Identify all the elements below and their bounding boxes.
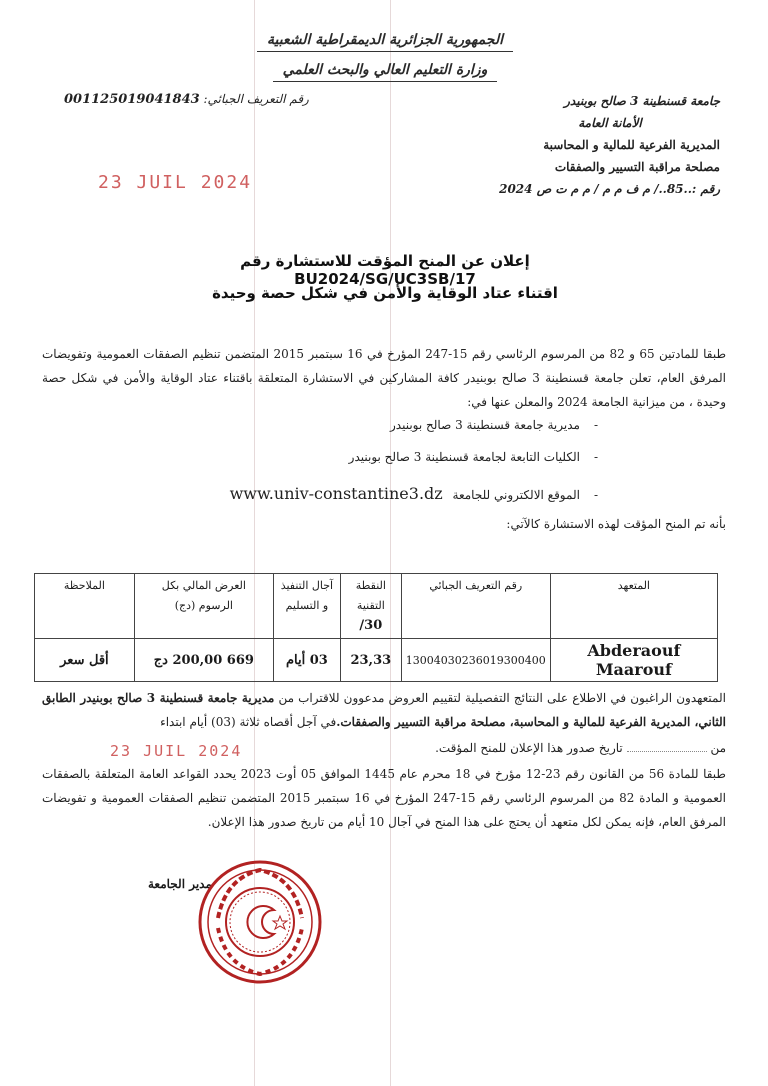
appeal-paragraph: طبقا للمادة 56 من القانون رقم 23-12 مؤرخ… <box>42 762 726 834</box>
announcement-subtitle: اقتناء عتاد الوقاية والأمن في شكل حصة وح… <box>150 284 620 302</box>
award-intro: بأنه تم المنح المؤقت لهذه الاستشارة كالآ… <box>42 512 726 536</box>
list-item: -الموقع الالكتروني للجامعة www.univ-cons… <box>230 484 598 503</box>
table-row: Abderaouf Maarouf 13004030236019300400 2… <box>35 639 718 682</box>
header-financial: العرض المالي بكلالرسوم (دج) <box>134 574 273 639</box>
cell-financial: 669 200,00 دج <box>134 639 273 682</box>
service-name: مصلحة مراقبة التسيير والصفقات <box>480 156 720 178</box>
list-item: -الكليات التابعة لجامعة قسنطينة 3 صالح ب… <box>349 450 598 464</box>
header-delivery: آجال التنفيذو التسليم <box>273 574 340 639</box>
sender-block: جامعة قسنطينة 3 صالح بوبنيدر الأمانة الع… <box>480 90 720 200</box>
official-seal-icon <box>196 858 324 986</box>
fold-line <box>390 0 391 1086</box>
announcement-title: إعلان عن المنح المؤقت للاستشارة رقم BU20… <box>150 252 620 288</box>
header-bidder: المتعهد <box>550 574 717 639</box>
award-table: المتعهد رقم التعريف الجبائي النقطة التقن… <box>34 573 718 682</box>
header-tax-id: رقم التعريف الجبائي <box>401 574 550 639</box>
header-remark: الملاحظة <box>35 574 135 639</box>
date-stamp: 23 JUIL 2024 <box>98 172 252 193</box>
list-item: -مديرية جامعة قسنطينة 3 صالح بوبنيدر <box>390 418 598 432</box>
cell-technical-score: 23,33 <box>340 639 401 682</box>
cell-remark: أقل سعر <box>35 639 135 682</box>
cell-tax-id: 13004030236019300400 <box>401 639 550 682</box>
inline-date-stamp: 23 JUIL 2024 <box>110 742 242 760</box>
tax-id-label: رقم التعريف الجبائي: <box>204 92 309 106</box>
consult-paragraph: المتعهدون الراغبون في الاطلاع على النتائ… <box>42 686 726 734</box>
sub-directorate: المديرية الفرعية للمالية و المحاسبة <box>480 134 720 156</box>
website-link[interactable]: www.univ-constantine3.dz <box>230 484 443 503</box>
secretariat: الأمانة العامة <box>480 112 720 134</box>
table-header-row: المتعهد رقم التعريف الجبائي النقطة التقن… <box>35 574 718 639</box>
republic-heading: الجمهورية الجزائرية الديمقراطية الشعبية <box>240 32 530 48</box>
ministry-heading: وزارة التعليم العالي والبحث العلمي <box>240 62 530 78</box>
tax-id: رقم التعريف الجبائي: 001125019041843 <box>64 92 364 107</box>
reference-number: رقم :..85../ م ف م م / م م ت ص 2024 <box>480 178 720 200</box>
cell-bidder: Abderaouf Maarouf <box>550 639 717 682</box>
cell-delivery: 03 أيام <box>273 639 340 682</box>
header-technical-score: النقطة التقنية30/ <box>340 574 401 639</box>
university-name: جامعة قسنطينة 3 صالح بوبنيدر <box>480 90 720 112</box>
tax-id-value: 001125019041843 <box>64 92 200 107</box>
intro-paragraph: طبقا للمادتين 65 و 82 من المرسوم الرئاسي… <box>42 342 726 414</box>
